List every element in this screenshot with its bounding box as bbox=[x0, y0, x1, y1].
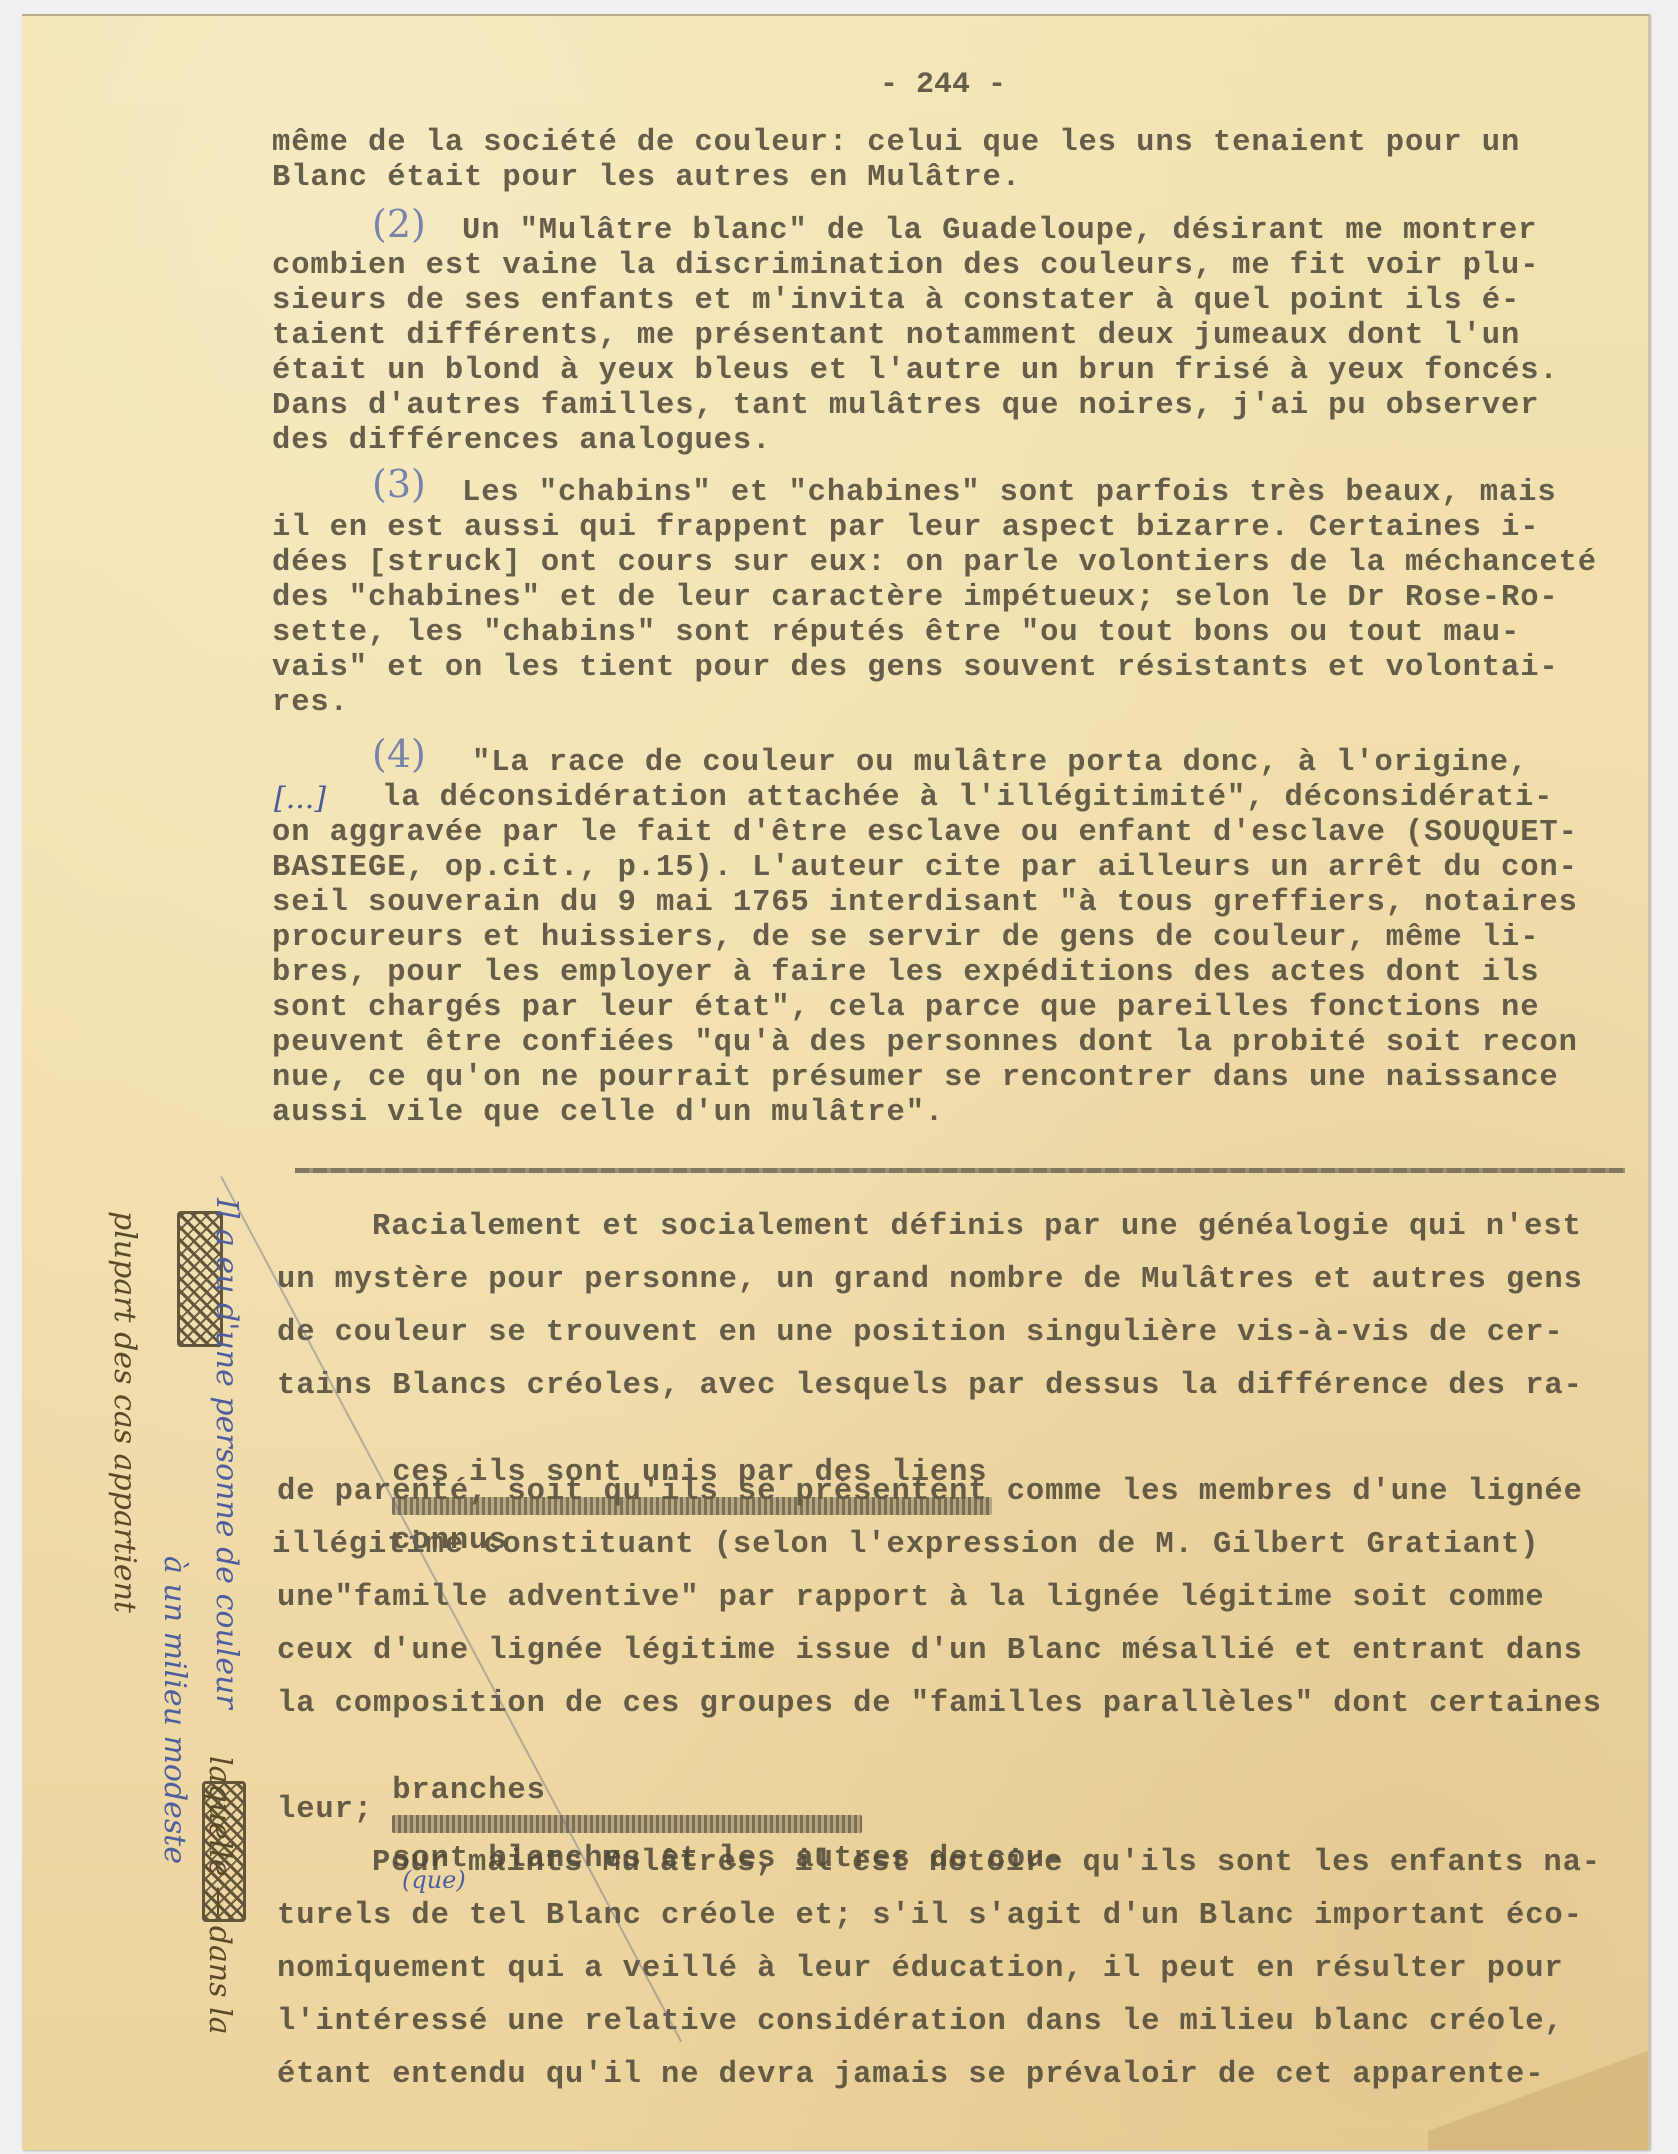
footnote-marker-2: (2) bbox=[372, 202, 426, 246]
text-line: "La race de couleur ou mulâtre porta don… bbox=[472, 746, 1528, 780]
text-line: sette, les "chabins" sont réputés être "… bbox=[272, 616, 1520, 650]
text-line: une"famille adventive" par rapport à la … bbox=[277, 1581, 1544, 1615]
margin-note-blue-1: Il a eu d'une personne de couleur bbox=[209, 1198, 244, 1709]
text-line: sont chargés par leur état", cela parce … bbox=[272, 991, 1539, 1025]
text-line: on aggravée par le fait d'être esclave o… bbox=[272, 816, 1578, 850]
text-line: nomiquement qui a veillé à leur éducatio… bbox=[277, 1952, 1564, 1986]
text-line: illégitime constituant (selon l'expressi… bbox=[272, 1528, 1539, 1562]
text-line: des "chabines" et de leur caractère impé… bbox=[272, 581, 1559, 615]
text-line: un mystère pour personne, un grand nombr… bbox=[277, 1263, 1583, 1297]
text-line: de couleur se trouvent en une position s… bbox=[277, 1316, 1564, 1350]
text-line: la composition de ces groupes de "famill… bbox=[277, 1687, 1602, 1721]
text-line: l'intéressé une relative considération d… bbox=[277, 2005, 1564, 2039]
text-line: combien est vaine la discrimination des … bbox=[272, 249, 1539, 283]
text-line: étant entendu qu'il ne devra jamais se p… bbox=[277, 2058, 1544, 2092]
margin-note-blue-2: à un milieu modeste bbox=[157, 1556, 192, 1864]
footnote-2: Un "Mulâtre blanc" de la Guadeloupe, dés… bbox=[272, 214, 349, 520]
text-line: turels de tel Blanc créole et; s'il s'ag… bbox=[277, 1899, 1583, 1933]
margin-note-brown-2: plupart des cas appartient bbox=[107, 1211, 142, 1613]
text-line: vais" et on les tient pour des gens souv… bbox=[272, 651, 1559, 685]
text-line: procureurs et huissiers, de se servir de… bbox=[272, 921, 1539, 955]
text-line: Blanc était pour les autres en Mulâtre. bbox=[272, 161, 1021, 195]
text-line: bres, pour les employer à faire les expé… bbox=[272, 956, 1539, 990]
text-line: des différences analogues. bbox=[272, 424, 771, 458]
text-line: Racialement et socialement définis par u… bbox=[372, 1210, 1582, 1244]
document-page: - 244 - même de la société de couleur: c… bbox=[22, 14, 1650, 2150]
text-line: de parenté, soit qu'ils se présentent co… bbox=[277, 1475, 1583, 1509]
text-line: res. bbox=[272, 686, 349, 720]
text-line: était un blond à yeux bleus et l'autre u… bbox=[272, 354, 1559, 388]
body-paragraph-1: Racialement et socialement définis par u… bbox=[277, 1210, 354, 1686]
margin-note-brown-1: laquelle — dans la bbox=[202, 1756, 237, 2035]
footnote-marker-3: (3) bbox=[372, 462, 426, 506]
page-number: - 244 - bbox=[880, 68, 1006, 102]
text-line: branches sont blanches et les autres de … bbox=[277, 1740, 1064, 1910]
text-line: leur; bbox=[277, 1793, 373, 1827]
text-line: seil souverain du 9 mai 1765 interdisant… bbox=[272, 886, 1578, 920]
text-line: Les "chabins" et "chabines" sont parfois… bbox=[462, 476, 1557, 510]
text-line: sieurs de ses enfants et m'invita à cons… bbox=[272, 284, 1520, 318]
text-line: la déconsidération attachée à l'illégiti… bbox=[382, 781, 1553, 815]
text-line: BASIEGE, op.cit., p.15). L'auteur cite p… bbox=[272, 851, 1578, 885]
text-span: branches bbox=[392, 1774, 546, 1808]
struck-out-text bbox=[392, 1815, 862, 1833]
text-line: Un "Mulâtre blanc" de la Guadeloupe, dés… bbox=[462, 214, 1537, 248]
footnote-3: Les "chabins" et "chabines" sont parfois… bbox=[272, 476, 349, 782]
footnote-4: "La race de couleur ou mulâtre porta don… bbox=[272, 746, 349, 1188]
text-line: taient différents, me présentant notamme… bbox=[272, 319, 1520, 353]
text-line: nue, ce qu'on ne pourrait présumer se re… bbox=[272, 1061, 1559, 1095]
text-line: peuvent être confiées "qu'à des personne… bbox=[272, 1026, 1578, 1060]
text-line: Dans d'autres familles, tant mulâtres qu… bbox=[272, 389, 1539, 423]
text-line: même de la société de couleur: celui que… bbox=[272, 126, 1520, 160]
body-paragraph-2: Pour maints Mulâtres, il est notoire qu'… bbox=[277, 1846, 354, 2084]
footnote-marker-4: (4) bbox=[372, 732, 426, 776]
text-line: aussi vile que celle d'un mulâtre". bbox=[272, 1096, 944, 1130]
text-line: dées [struck] ont cours sur eux: on parl… bbox=[272, 546, 1597, 580]
footnote-separator bbox=[295, 1168, 1625, 1173]
text-line: tains Blancs créoles, avec lesquels par … bbox=[277, 1369, 1583, 1403]
text-line: il en est aussi qui frappent par leur as… bbox=[272, 511, 1539, 545]
text-line: Pour maints Mulâtres, il est notoire qu'… bbox=[372, 1846, 1601, 1880]
page-corner-fold bbox=[1428, 2030, 1648, 2150]
